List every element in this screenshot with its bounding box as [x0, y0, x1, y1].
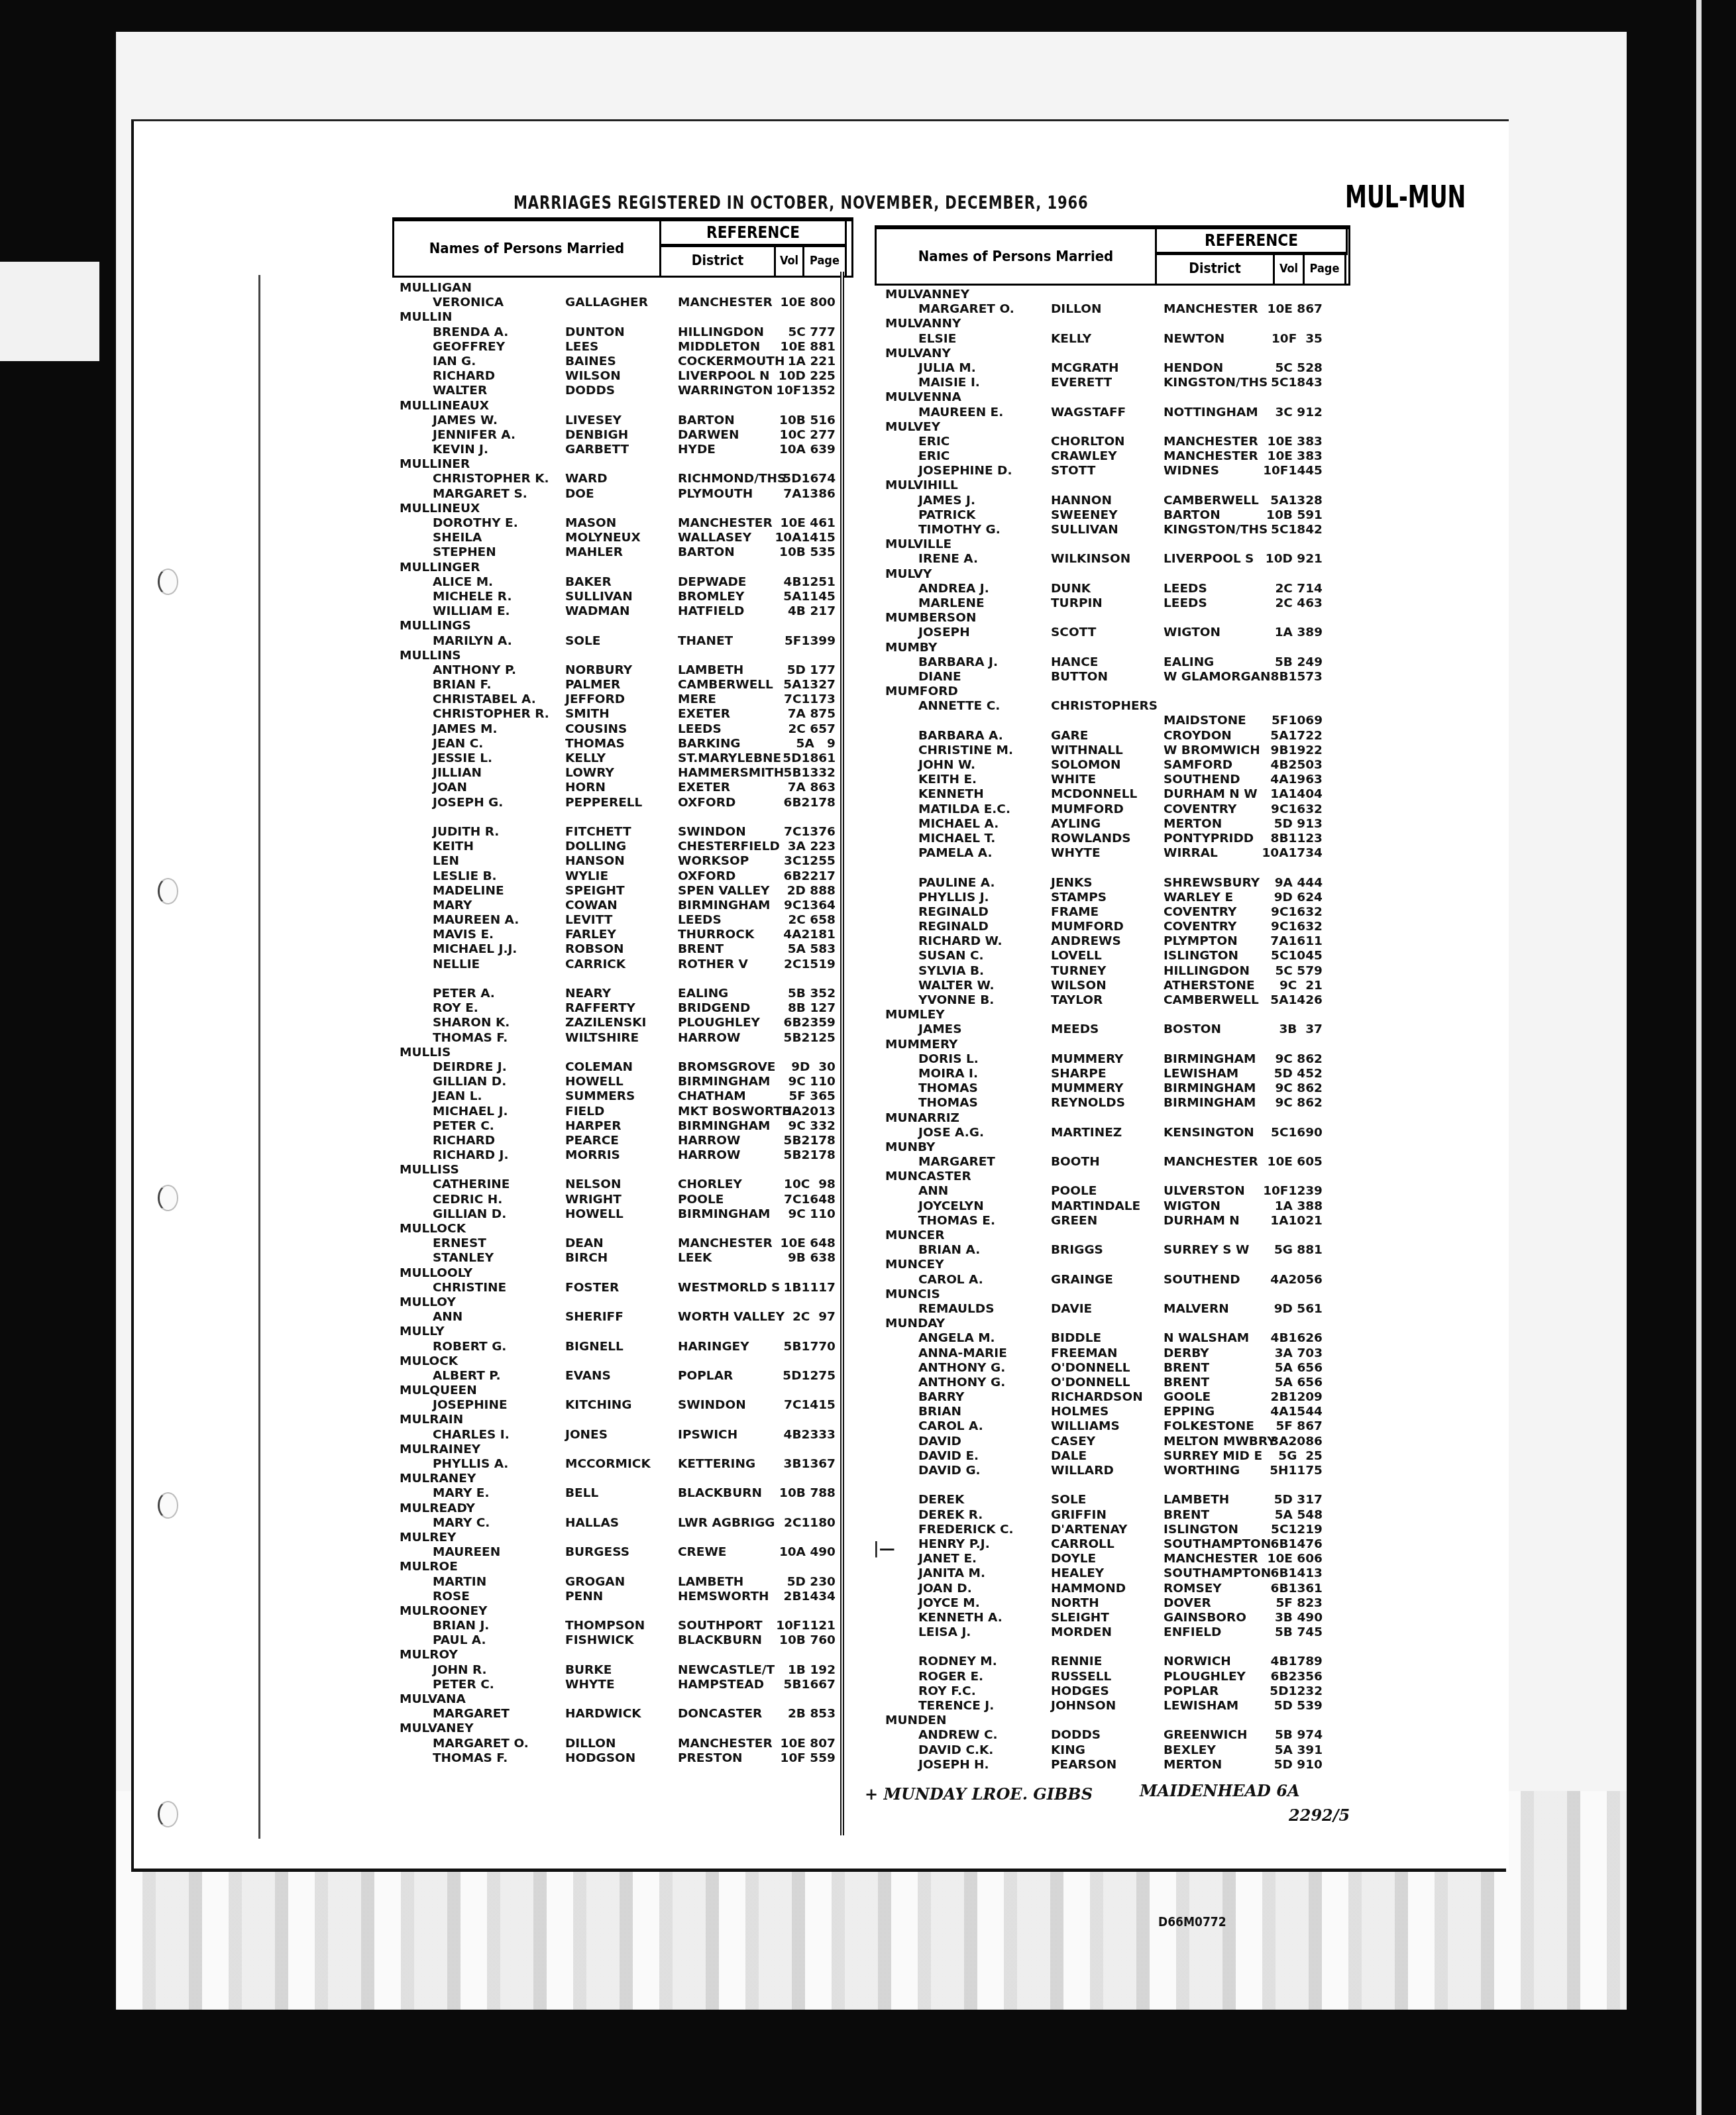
spouse-surname: BAINES [565, 354, 616, 369]
volume-page-reference: 10E 383 [1268, 435, 1323, 449]
spouse-surname: FREEMAN [1051, 1346, 1117, 1361]
spouse-surname: GROGAN [565, 1575, 625, 1590]
surname-heading: MULREADY [400, 1501, 850, 1516]
marriage-entry: CATHERINENELSONCHORLEY10C 98 [400, 1177, 850, 1192]
volume-page-reference: 9C1364 [784, 898, 836, 913]
given-name: MARGARET O. [433, 1737, 529, 1751]
surname: MULLOOLY [400, 1266, 472, 1281]
volume-page-reference: 2C 463 [1275, 596, 1323, 611]
marriage-entry: SYLVIA B.TURNEYHILLINGDON5C 579 [885, 964, 1349, 979]
district: KETTERING [678, 1457, 755, 1472]
surname-heading: MULROY [400, 1648, 850, 1662]
spouse-surname: SWEENEY [1051, 508, 1118, 523]
punch-hole [158, 569, 178, 595]
left-entries: MULLIGANVERONICAGALLAGHERMANCHESTER10E 8… [400, 281, 850, 1766]
spouse-surname: MUMFORD [1051, 802, 1124, 817]
surname-heading: MULROONEY [400, 1604, 850, 1619]
volume-page-reference: 9D 30 [791, 1060, 836, 1075]
spouse-surname: MUMFORD [1051, 920, 1124, 934]
volume-page-reference: 1B1117 [784, 1281, 836, 1295]
district-header: District [1157, 253, 1275, 284]
district: POPLAR [1164, 1684, 1219, 1699]
surname: MULROY [400, 1648, 458, 1662]
district: WIDNES [1164, 464, 1219, 478]
volume-page-reference: 3C 912 [1275, 406, 1323, 420]
given-name: BRENDA A. [433, 325, 508, 340]
marriage-entry: LEISA J.MORDENENFIELD5B 745 [885, 1625, 1349, 1640]
district: WARLEY E [1164, 891, 1233, 905]
volume-page-reference: 3A2013 [783, 1105, 836, 1119]
given-name: ERNEST [433, 1236, 486, 1251]
given-name: PAUL A. [433, 1633, 486, 1648]
volume-page-reference: 9C1632 [1271, 802, 1323, 817]
spouse-surname: COLEMAN [565, 1060, 633, 1075]
marriage-entry: JUDITH R.FITCHETTSWINDON7C1376 [400, 825, 850, 840]
marriage-entry: PATRICKSWEENEYBARTON10B 591 [885, 508, 1349, 523]
marriage-entry: JAMES J.HANNONCAMBERWELL5A1328 [885, 494, 1349, 508]
volume-page-reference: 6B2178 [784, 796, 836, 810]
marriage-entry: CHRISTINE M.WITHNALLW BROMWICH9B1922 [885, 743, 1349, 758]
marriage-entry: ANNETTE C.CHRISTOPHERS [885, 699, 1349, 714]
district: HEMSWORTH [678, 1590, 769, 1604]
given-name: MOIRA I. [918, 1067, 978, 1081]
spouse-surname: KING [1051, 1743, 1085, 1758]
marriage-entry: JAMESMEEDSBOSTON3B 37 [885, 1022, 1349, 1037]
marriage-entry: JULIA M.MCGRATHHENDON5C 528 [885, 361, 1349, 376]
marriage-entry: RICHARDWILSONLIVERPOOL N10D 225 [400, 369, 850, 384]
given-name: KEITH [433, 840, 474, 854]
volume-page-reference: 2C 714 [1275, 582, 1323, 596]
spouse-surname: FIELD [565, 1105, 604, 1119]
volume-page-reference: 9C1632 [1271, 905, 1323, 920]
marriage-entry: ALBERT P.EVANSPOPLAR5D1275 [400, 1369, 850, 1383]
spouse-surname: GALLAGHER [565, 296, 648, 310]
marriage-entry: PAULINE A.JENKSSHREWSBURY9A 444 [885, 876, 1349, 891]
spouse-surname: STAMPS [1051, 891, 1107, 905]
marriage-entry: CHRISTOPHER R.SMITHEXETER7A 875 [400, 707, 850, 722]
surname: MUMLEY [885, 1008, 945, 1022]
district: SOUTHPORT [678, 1619, 763, 1633]
volume-page-reference: 6B1413 [1271, 1566, 1323, 1581]
marriage-entry: MAUREEN E.WAGSTAFFNOTTINGHAM3C 912 [885, 406, 1349, 420]
surname: MULLOY [400, 1295, 456, 1310]
marriage-entry: JOHN W.SOLOMONSAMFORD4B2503 [885, 758, 1349, 773]
volume-page-reference: 5D 317 [1274, 1493, 1323, 1507]
spouse-surname: NORTH [1051, 1596, 1099, 1611]
given-name: ANDREA J. [918, 582, 989, 596]
surname-heading: MULVANEY [400, 1721, 850, 1736]
spouse-surname: FITCHETT [565, 825, 631, 840]
surname: MUMFORD [885, 684, 958, 699]
surname-heading: MULVIHILL [885, 478, 1349, 493]
given-name: ANTHONY G. [918, 1361, 1005, 1376]
district: BARTON [1164, 508, 1221, 523]
volume-page-reference: 2C 658 [788, 913, 836, 928]
district: GOOLE [1164, 1390, 1211, 1405]
spouse-surname: DEAN [565, 1236, 604, 1251]
spouse-surname: HOWELL [565, 1075, 624, 1089]
given-name: THOMAS [918, 1081, 978, 1096]
spouse-surname: WAGSTAFF [1051, 406, 1126, 420]
given-name: ANDREW C. [918, 1728, 998, 1743]
spouse-surname: PENN [565, 1590, 603, 1604]
given-name: CEDRIC H. [433, 1193, 502, 1207]
spouse-surname: PEARCE [565, 1134, 619, 1148]
spouse-surname: TURPIN [1051, 596, 1103, 611]
marriage-entry: MICHAEL J.J.ROBSONBRENT5A 583 [400, 942, 850, 957]
marriage-entry: ANTHONY G.O'DONNELLBRENT5A 656 [885, 1361, 1349, 1376]
volume-page-reference: 10E 807 [781, 1737, 836, 1751]
spouse-surname: WILKINSON [1051, 552, 1130, 567]
marriage-entry: ANNA-MARIEFREEMANDERBY3A 703 [885, 1346, 1349, 1361]
volume-page-reference: 3A 703 [1275, 1346, 1323, 1361]
spacer-row [885, 1640, 1349, 1654]
marriage-entry: MARGARET O.DILLONMANCHESTER10E 867 [885, 302, 1349, 317]
spouse-surname: SOLE [1051, 1493, 1086, 1507]
spouse-surname: CASEY [1051, 1435, 1095, 1449]
volume-page-reference: 1A1021 [1270, 1214, 1323, 1228]
spouse-surname: NORBURY [565, 663, 632, 678]
spouse-surname: WITHNALL [1051, 743, 1123, 758]
volume-page-reference: 9C 110 [788, 1207, 836, 1222]
volume-page-reference: 5D1275 [783, 1369, 836, 1383]
spouse-surname: PALMER [565, 678, 620, 692]
given-name: RICHARD W. [918, 934, 1002, 949]
district: PLYMOUTH [678, 487, 753, 502]
volume-page-reference: 5A 391 [1275, 1743, 1323, 1758]
volume-page-reference: 9D 561 [1274, 1302, 1323, 1317]
marriage-entry: KENNETHMCDONNELLDURHAM N W1A1404 [885, 787, 1349, 802]
marriage-entry: JANET E.DOYLEMANCHESTER10E 606 [885, 1552, 1349, 1566]
given-name: SHARON K. [433, 1016, 510, 1030]
spouse-surname: DOYLE [1051, 1552, 1096, 1566]
marriage-entry: MARGARET O.DILLONMANCHESTER10E 807 [400, 1737, 850, 1751]
volume-page-reference: 5B1770 [784, 1340, 836, 1354]
spouse-surname: WHYTE [1051, 846, 1101, 861]
surname-heading: MULVANA [400, 1692, 850, 1707]
given-name: ANN [433, 1310, 462, 1325]
district: HYDE [678, 443, 716, 457]
district: MANCHESTER [1164, 435, 1258, 449]
marriage-entry: ROGER E.RUSSELLPLOUGHLEY6B2356 [885, 1670, 1349, 1684]
district: GAINSBORO [1164, 1611, 1246, 1625]
volume-page-reference: 5D 452 [1274, 1067, 1323, 1081]
given-name: THOMAS F. [433, 1751, 508, 1766]
given-name: RICHARD [433, 1134, 495, 1148]
marriage-entry: PHYLLIS A.MCCORMICKKETTERING3B1367 [400, 1457, 850, 1472]
district-header: District [661, 245, 776, 276]
district: SOUTHAMPTON [1164, 1566, 1271, 1581]
given-name: MARILYN A. [433, 634, 512, 649]
surname-heading: MULVEY [885, 420, 1349, 435]
spouse-surname: SCOTT [1051, 625, 1096, 640]
spouse-surname: COUSINS [565, 722, 627, 737]
volume-page-reference: 7A 875 [788, 707, 836, 722]
district: SOUTHEND [1164, 773, 1240, 787]
district: BARTON [678, 413, 735, 428]
surname: MULRAIN [400, 1413, 463, 1427]
volume-page-reference: 5C1842 [1271, 523, 1323, 537]
district: BIRMINGHAM [1164, 1052, 1256, 1067]
punch-hole [158, 878, 178, 904]
marriage-entry: MAISIE I.EVERETTKINGSTON/THS5C1843 [885, 376, 1349, 390]
surname-heading: MULLIGAN [400, 281, 850, 296]
spouse-surname: MARTINEZ [1051, 1126, 1122, 1140]
surname-heading: MULROE [400, 1560, 850, 1574]
district: EXETER [678, 781, 730, 795]
district: COVENTRY [1164, 802, 1237, 817]
surname: MULLIS [400, 1046, 451, 1060]
spouse-surname: SUMMERS [565, 1089, 635, 1104]
spouse-surname: SHARPE [1051, 1067, 1107, 1081]
marriage-entry: PAMELA A.WHYTEWIRRAL10A1734 [885, 846, 1349, 861]
marriage-entry: BARBARA J.HANCEEALING5B 249 [885, 655, 1349, 670]
marriage-entry: ERNESTDEANMANCHESTER10E 648 [400, 1236, 850, 1251]
volume-page-reference: 9C 862 [1275, 1081, 1323, 1096]
spouse-surname: TURNEY [1051, 964, 1106, 979]
surname-heading: MUNDAY [885, 1317, 1349, 1331]
district: ULVERSTON [1164, 1184, 1245, 1199]
district: KENSINGTON [1164, 1126, 1254, 1140]
district: MERTON [1164, 817, 1222, 832]
spouse-surname: POOLE [1051, 1184, 1097, 1199]
district: SOUTHAMPTON [1164, 1537, 1271, 1552]
given-name: DIANE [918, 670, 961, 684]
reference-header: REFERENCE [1157, 229, 1348, 255]
volume-page-reference: 1B 192 [788, 1663, 836, 1678]
spouse-surname: SMITH [565, 707, 610, 722]
given-name: KEVIN J. [433, 443, 488, 457]
given-name: MARY E. [433, 1486, 489, 1501]
volume-page-reference: 7A1386 [783, 487, 836, 502]
surname: MULVY [885, 567, 932, 582]
given-name: ALBERT P. [433, 1369, 501, 1383]
spouse-surname: MUMMERY [1051, 1081, 1124, 1096]
district: ENFIELD [1164, 1625, 1221, 1640]
given-name: RICHARD J. [433, 1148, 508, 1163]
district: LEEDS [678, 913, 722, 928]
spouse-surname: SULLIVAN [565, 590, 633, 604]
spouse-surname: WYLIE [565, 869, 608, 884]
volume-page-reference: 6B1476 [1271, 1537, 1323, 1552]
spouse-surname: DILLON [565, 1737, 616, 1751]
district: LEEDS [1164, 596, 1207, 611]
spouse-surname: AYLING [1051, 817, 1101, 832]
district: WARRINGTON [678, 384, 773, 398]
volume-page-reference: 10E 800 [781, 296, 836, 310]
spouse-surname: TAYLOR [1051, 993, 1103, 1008]
marriage-entry: JOSEPH G.PEPPERELLOXFORD6B2178 [400, 796, 850, 810]
volume-page-reference: 5A 656 [1275, 1376, 1323, 1390]
volume-page-reference: 10F1445 [1263, 464, 1323, 478]
district: MALVERN [1164, 1302, 1229, 1317]
marriage-entry: KEVIN J.GARBETTHYDE10A 639 [400, 443, 850, 457]
given-name: MARY C. [433, 1516, 490, 1531]
volume-page-reference: 3B1367 [784, 1457, 836, 1472]
marriage-entry: MAVIS E.FARLEYTHURROCK4A2181 [400, 928, 850, 942]
handwritten-district: MAIDENHEAD 6A [1140, 1781, 1300, 1800]
marriage-entry: ANGELA M.BIDDLEN WALSHAM4B1626 [885, 1331, 1349, 1346]
spouse-surname: BOOTH [1051, 1155, 1100, 1169]
spacer-row [400, 810, 850, 825]
given-name: KENNETH A. [918, 1611, 1003, 1625]
marriage-entry: STANLEYBIRCHLEEK9B 638 [400, 1251, 850, 1266]
volume-page-reference: 5G 881 [1274, 1243, 1323, 1258]
district: W GLAMORGAN [1164, 670, 1271, 684]
district: BIRMINGHAM [678, 1075, 770, 1089]
district: SPEN VALLEY [678, 884, 769, 898]
spacer-row [400, 972, 850, 987]
spouse-surname: MAHLER [565, 545, 623, 560]
surname: MULLY [400, 1325, 445, 1339]
district: CAMBERWELL [1164, 993, 1259, 1008]
marriage-entry: RICHARD J.MORRISHARROW5B2178 [400, 1148, 850, 1163]
given-name: MAUREEN A. [433, 913, 519, 928]
spouse-surname: HALLAS [565, 1516, 619, 1531]
district: MANCHESTER [1164, 449, 1258, 464]
given-name: JOAN D. [918, 1582, 972, 1596]
district: PRESTON [678, 1751, 743, 1766]
given-name: ERIC [918, 449, 949, 464]
given-name: BRIAN [918, 1405, 961, 1419]
spouse-surname: MCGRATH [1051, 361, 1118, 376]
volume-page-reference: 3A2086 [1270, 1435, 1323, 1449]
volume-page-reference: 5F1069 [1272, 714, 1323, 728]
given-name: CHRISTABEL A. [433, 692, 536, 707]
marriage-entry: REGINALDMUMFORDCOVENTRY9C1632 [885, 920, 1349, 934]
district: EALING [1164, 655, 1214, 670]
spouse-surname: BIGNELL [565, 1340, 624, 1354]
volume-page-reference: 10F 35 [1272, 332, 1323, 347]
marriage-entry: ALICE M.BAKERDEPWADE4B1251 [400, 575, 850, 590]
district: ISLINGTON [1164, 1523, 1238, 1537]
surname-heading: MULLINGER [400, 561, 850, 575]
surname: MULROONEY [400, 1604, 487, 1619]
given-name: KENNETH [918, 787, 984, 802]
volume-page-reference: 5B1332 [784, 766, 836, 781]
given-name: ROGER E. [918, 1670, 983, 1684]
marriage-entry: BARBARA A.GARECROYDON5A1722 [885, 729, 1349, 743]
volume-page-reference: 5B2125 [784, 1031, 836, 1046]
surname-heading: MULRAIN [400, 1413, 850, 1427]
given-name: JOSE A.G. [918, 1126, 984, 1140]
surname-heading: MUMLEY [885, 1008, 1349, 1022]
volume-page-reference: 7C1173 [784, 692, 836, 707]
given-name: MARTIN [433, 1575, 486, 1590]
district: MERE [678, 692, 716, 707]
spouse-surname: HEALEY [1051, 1566, 1104, 1581]
marriage-entry: IRENE A.WILKINSONLIVERPOOL S10D 921 [885, 552, 1349, 567]
marriage-entry: MICHAEL A.AYLINGMERTON5D 913 [885, 817, 1349, 832]
given-name: JILLIAN [433, 766, 482, 781]
given-name: CHARLES I. [433, 1428, 510, 1442]
district: LIVERPOOL N [678, 369, 770, 384]
surname: MULLINEAUX [400, 399, 489, 413]
given-name: CHRISTOPHER R. [433, 707, 549, 722]
given-name: GEOFFREY [433, 340, 505, 354]
spouse-surname: SULLIVAN [1051, 523, 1118, 537]
given-name: PATRICK [918, 508, 975, 523]
marriage-entry: YVONNE B.TAYLORCAMBERWELL5A1426 [885, 993, 1349, 1008]
volume-page-reference: 5D 177 [787, 663, 836, 678]
names-header: Names of Persons Married [394, 221, 661, 276]
surname: MUMBY [885, 641, 937, 655]
surname: MULVANEY [400, 1721, 474, 1736]
volume-page-reference: 5A 9 [796, 737, 836, 751]
volume-page-reference: 9C 110 [788, 1075, 836, 1089]
marriage-entry: JOYCE M.NORTHDOVER5F 823 [885, 1596, 1349, 1611]
given-name: THOMAS [918, 1096, 978, 1111]
surname: MULLISS [400, 1163, 459, 1177]
spouse-surname: GARBETT [565, 443, 629, 457]
volume-page-reference: 9B 638 [788, 1251, 836, 1266]
marriage-entry: JANITA M.HEALEYSOUTHAMPTON6B1413 [885, 1566, 1349, 1581]
volume-page-reference: 5D 230 [787, 1575, 836, 1590]
spouse-surname: WILTSHIRE [565, 1031, 639, 1046]
surname: MULRANEY [400, 1472, 476, 1486]
spouse-surname: KITCHING [565, 1398, 631, 1413]
spouse-surname: HOWELL [565, 1207, 624, 1222]
volume-page-reference: 2C1180 [784, 1516, 836, 1531]
marriage-entry: JAMES M.COUSINSLEEDS2C 657 [400, 722, 850, 737]
district: ROMSEY [1164, 1582, 1222, 1596]
marriage-entry: CHRISTINEFOSTERWESTMORLD S1B1117 [400, 1281, 850, 1295]
spouse-surname: FARLEY [565, 928, 616, 942]
marriage-entry: TIMOTHY G.SULLIVANKINGSTON/THS5C1842 [885, 523, 1349, 537]
surname-heading: MULVILLE [885, 537, 1349, 552]
district: HARROW [678, 1148, 740, 1163]
marriage-entry: ROBERT G.BIGNELLHARINGEY5B1770 [400, 1340, 850, 1354]
district: ATHERSTONE [1164, 979, 1255, 993]
marriage-entry: LENHANSONWORKSOP3C1255 [400, 854, 850, 869]
surname-heading: MULLISS [400, 1163, 850, 1177]
surname: MUNBY [885, 1140, 935, 1155]
surname-heading: MULREY [400, 1531, 850, 1545]
marriage-entry: TERENCE J.JOHNSONLEWISHAM5D 539 [885, 1699, 1349, 1713]
marriage-entry: MARY E.BELLBLACKBURN10B 788 [400, 1486, 850, 1501]
spouse-surname: COWAN [565, 898, 618, 913]
volume-page-reference: 9B1922 [1271, 743, 1323, 758]
given-name: BARBARA J. [918, 655, 998, 670]
spouse-surname: SHERIFF [565, 1310, 624, 1325]
surname: MULLINGER [400, 561, 480, 575]
district: DONCASTER [678, 1707, 762, 1721]
volume-page-reference: 10E 606 [1268, 1552, 1323, 1566]
spouse-surname: BAKER [565, 575, 612, 590]
surname-heading: MUMBERSON [885, 611, 1349, 625]
district: LEEK [678, 1251, 712, 1266]
given-name: RODNEY M. [918, 1654, 997, 1669]
given-name: LEISA J. [918, 1625, 971, 1640]
district: DURHAM N W [1164, 787, 1258, 802]
margin-mark: |— [873, 1539, 895, 1558]
district: COVENTRY [1164, 905, 1237, 920]
surname-heading: MULOCK [400, 1354, 850, 1369]
marriage-entry: LESLIE B.WYLIEOXFORD6B2217 [400, 869, 850, 884]
volume-page-reference: 2C1519 [784, 957, 836, 972]
marriage-entry: JENNIFER A.DENBIGHDARWEN10C 277 [400, 428, 850, 443]
district: FOLKESTONE [1164, 1419, 1254, 1434]
surname: MULLIGAN [400, 281, 472, 296]
surname: MULLOCK [400, 1222, 466, 1236]
marriage-entry: WILLIAM E.WADMANHATFIELD4B 217 [400, 604, 850, 619]
marriage-entry: JEAN C.THOMASBARKING5A 9 [400, 737, 850, 751]
surname-heading: MUNCER [885, 1228, 1349, 1243]
spouse-surname: MORDEN [1051, 1625, 1112, 1640]
given-name: MARGARET [918, 1155, 995, 1169]
spouse-surname: HANNON [1051, 494, 1112, 508]
given-name: JOSEPH [918, 625, 970, 640]
